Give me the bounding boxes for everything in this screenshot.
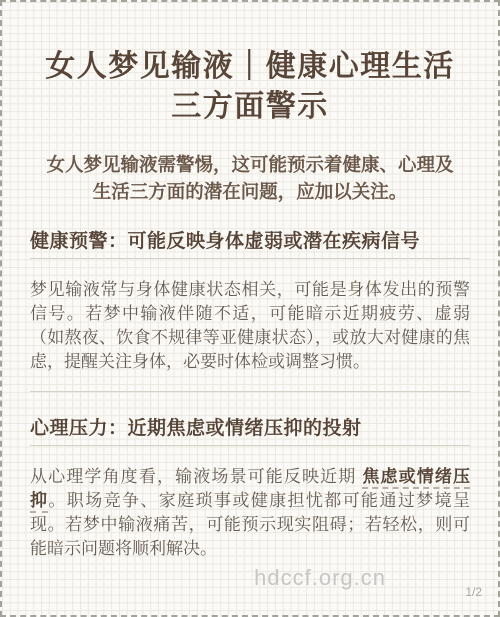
- body-text-after-highlight: 。职场竞争、家庭琐事或健康担忧都可能通过梦境呈现。若梦中输液痛苦，可能预示现实阻…: [30, 491, 470, 558]
- section-heading-health: 健康预警：可能反映身体虚弱或潜在疾病信号: [30, 230, 470, 259]
- article-card: 女人梦见输液｜健康心理生活三方面警示 女人梦见输液需警惕，这可能预示着健康、心理…: [0, 0, 500, 617]
- section-psychology: 心理压力：近期焦虑或情绪压抑的投射 从心理学角度看，输液场景可能反映近期 焦虑或…: [2, 417, 498, 561]
- section-health: 健康预警：可能反映身体虚弱或潜在疾病信号 梦见输液常与身体健康状态相关，可能是身…: [2, 230, 498, 374]
- section-body-health: 梦见输液常与身体健康状态相关，可能是身体发出的预警信号。若梦中输液伴随不适，可能…: [30, 278, 470, 374]
- page-subtitle: 女人梦见输液需警惕，这可能预示着健康、心理及生活三方面的潜在问题，应加以关注。: [40, 151, 460, 205]
- body-text-before-highlight: 从心理学角度看，输液场景可能反映近期: [30, 467, 362, 486]
- section-body-psychology: 从心理学角度看，输液场景可能反映近期 焦虑或情绪压抑。职场竞争、家庭琐事或健康担…: [30, 465, 470, 561]
- site-watermark: hdccf.org.cn: [254, 565, 386, 591]
- page-title: 女人梦见输液｜健康心理生活三方面警示: [34, 47, 466, 127]
- section-heading-psychology: 心理压力：近期焦虑或情绪压抑的投射: [30, 417, 470, 446]
- page-number: 1/2: [465, 585, 482, 599]
- section-divider: [30, 391, 470, 392]
